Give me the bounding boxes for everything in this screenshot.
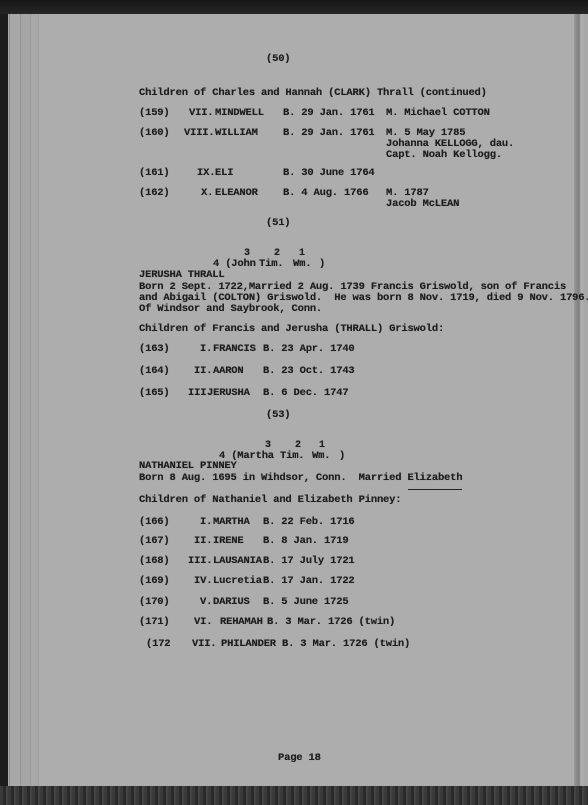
section-53-heading: Children of Nathaniel and Elizabeth Pinn…: [139, 494, 401, 506]
entry-name: WILLIAM: [215, 127, 258, 139]
lineage-part: ): [339, 450, 345, 462]
entry-numeral: II.: [194, 535, 212, 547]
entry-id: (167): [139, 535, 170, 547]
entry-numeral: III.: [188, 555, 212, 567]
lineage-part: Wm.: [312, 450, 330, 462]
entry-id: (170): [139, 596, 170, 608]
stacked-page-edges: [8, 14, 48, 786]
entry-numeral: VII.: [189, 107, 213, 119]
entry-name: FRANCIS: [213, 343, 256, 355]
entry-numeral: I.: [200, 516, 212, 528]
entry-born: B. 23 Apr. 1740: [263, 343, 355, 355]
entry-name: Lucretia: [213, 575, 262, 587]
entry-name: ELI: [215, 167, 233, 179]
entry-id: (168): [139, 555, 170, 567]
entry-id: (171): [139, 616, 170, 628]
lineage-part: ): [319, 258, 325, 270]
entry-id: (159): [139, 107, 170, 119]
entry-born: B. 17 July 1721: [263, 555, 355, 567]
document-page: (50) Children of Charles and Hannah (CLA…: [8, 14, 576, 786]
entry-id: (165): [139, 387, 170, 399]
entry-born: B. 22 Feb. 1716: [263, 516, 355, 528]
entry-id: (166): [139, 516, 170, 528]
section-number-53: (53): [266, 409, 290, 421]
entry-name: LAUSANIA: [213, 555, 262, 567]
entry-id: (164): [139, 365, 170, 377]
entry-spouse-parent: Capt. Noah Kellogg.: [386, 149, 502, 161]
entry-numeral: VI.: [194, 616, 212, 628]
bio-line: Of Windsor and Saybrook, Conn.: [139, 303, 322, 315]
person-name: JERUSHA THRALL: [139, 269, 224, 281]
entry-id: (172: [146, 638, 170, 650]
entry-spouse: Jacob McLEAN: [386, 198, 459, 210]
bio-line: Born 8 Aug. 1695 in Wihdsor, Conn. Marri…: [139, 472, 462, 484]
entry-numeral: V.: [200, 596, 212, 608]
entry-id: (162): [139, 187, 170, 199]
entry-id: (163): [139, 343, 170, 355]
entry-name: JERUSHA: [207, 387, 250, 399]
entry-name: ELEANOR: [215, 187, 258, 199]
entry-born: B. 3 Mar. 1726 (twin): [267, 616, 395, 628]
person-name: NATHANIEL PINNEY: [139, 460, 237, 472]
entry-name: DARIUS: [213, 596, 250, 608]
entry-name: IRENE: [213, 535, 244, 547]
section-number-50: (50): [266, 53, 290, 65]
entry-id: (161): [139, 167, 170, 179]
entry-numeral: X.: [201, 187, 213, 199]
entry-numeral: IX.: [197, 167, 215, 179]
entry-numeral: VII.: [192, 638, 216, 650]
entry-married: M. Michael COTTON: [386, 107, 490, 119]
entry-born: B. 29 Jan. 1761: [283, 107, 375, 119]
entry-name: PHILANDER: [221, 638, 276, 650]
entry-born: B. 23 Oct. 1743: [263, 365, 355, 377]
entry-name: AARON: [213, 365, 244, 377]
section-number-51: (51): [266, 217, 290, 229]
entry-numeral: VIII.: [184, 127, 215, 139]
entry-name: MARTHA: [213, 516, 250, 528]
entry-born: B. 6 Dec. 1747: [263, 387, 348, 399]
entry-born: B. 29 Jan. 1761: [283, 127, 375, 139]
entry-id: (160): [139, 127, 170, 139]
section-50-heading: Children of Charles and Hannah (CLARK) T…: [139, 87, 487, 99]
entry-numeral: I.: [200, 343, 212, 355]
entry-numeral: II.: [194, 365, 212, 377]
lineage-part: Tim.: [259, 258, 283, 270]
entry-numeral: IV.: [194, 575, 212, 587]
section-51-heading: Children of Francis and Jerusha (THRALL)…: [139, 323, 444, 335]
scan-top-border: [0, 0, 588, 14]
entry-born: B. 3 Mar. 1726 (twin): [282, 638, 410, 650]
lineage-part: Tim.: [280, 450, 304, 462]
entry-born: B. 30 June 1764: [283, 167, 375, 179]
entry-born: B. 5 June 1725: [263, 596, 348, 608]
blank-underline: [408, 489, 462, 490]
entry-id: (169): [139, 575, 170, 587]
entry-born: B. 8 Jan. 1719: [263, 535, 348, 547]
entry-born: B. 17 Jan. 1722: [263, 575, 355, 587]
entry-name: MINDWELL: [215, 107, 264, 119]
scan-bottom-border: [0, 786, 588, 805]
entry-born: B. 4 Aug. 1766: [283, 187, 368, 199]
entry-name: REHAMAH: [220, 616, 263, 628]
page-footer: Page 18: [278, 752, 321, 764]
page-right-edge: [574, 14, 586, 786]
lineage-part: Wm.: [293, 258, 311, 270]
